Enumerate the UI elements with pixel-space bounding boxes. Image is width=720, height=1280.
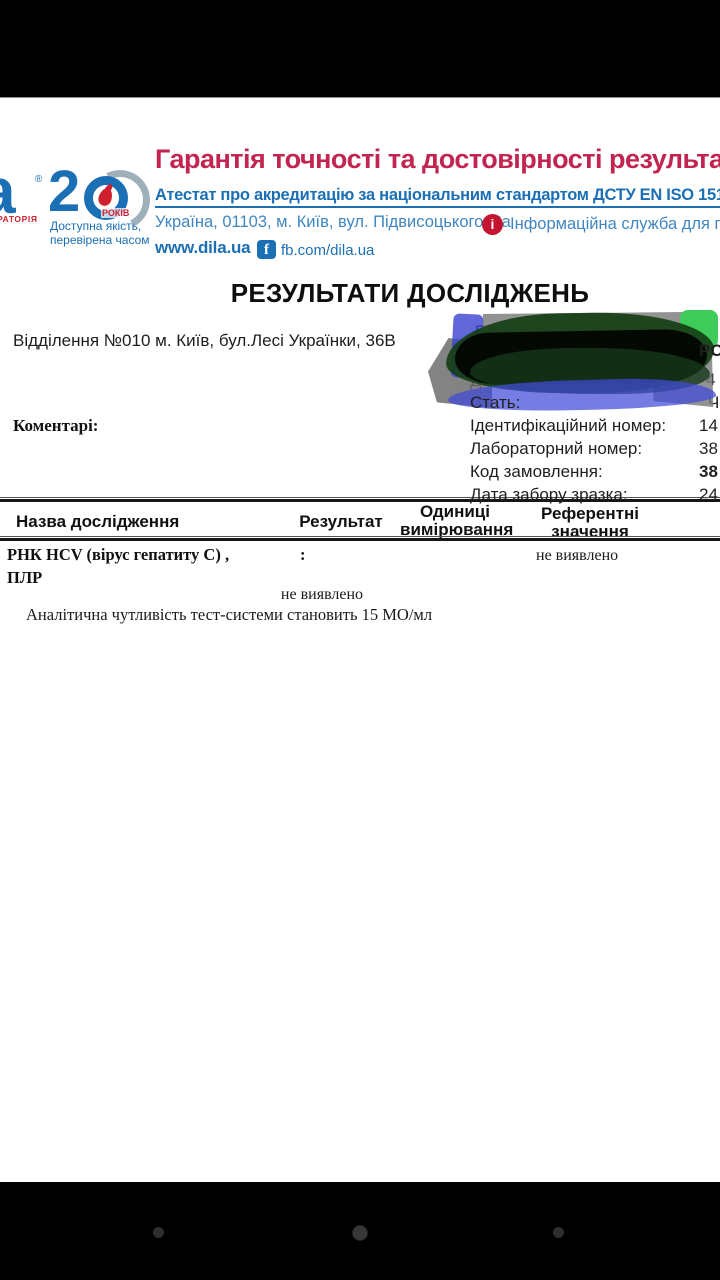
column-header-name: Назва дослідження [16,512,179,532]
patient-name-partial: PO [699,341,720,361]
accreditation-line: Атестат про акредитацію за національним … [155,186,720,205]
info-icon: і [482,214,503,235]
nav-home-dot[interactable] [352,1225,368,1241]
column-header-units: Одиниці вимірювання [400,503,510,538]
header-divider-line [155,206,720,208]
nav-recents-dot[interactable] [553,1227,564,1238]
meta-label: Код замовлення: [470,462,603,482]
status-bar [0,0,720,97]
dila-logo-subtext: РАТОРІЯ [0,214,38,224]
facebook-url: fb.com/dila.ua [281,242,374,259]
sex-label: Стать: [470,393,520,413]
anniversary-years-label: РОКІВ [101,208,130,218]
flame-icon [97,186,115,207]
info-service-line: Інформаційна служба для паціє [510,215,720,234]
header-slogan: Гарантія точності та достовірності резул… [155,144,720,175]
anniversary-20-logo: 2 [48,158,80,225]
column-header-reference: Референтні значення [534,505,646,540]
meta-value: 24 [699,485,718,505]
nav-back-dot[interactable] [153,1227,164,1238]
lab-address: Україна, 01103, м. Київ, вул. Підвисоцьк… [155,213,511,232]
report-title: РЕЗУЛЬТАТИ ДОСЛІДЖЕНЬ [100,278,720,309]
test-result: : [300,545,306,565]
test-name-line1: РНК HCV (вірус гепатиту С) , [7,545,229,565]
brand-tagline-line2: перевірена часом [50,233,150,247]
table-border-header-thin [0,536,720,537]
phone-screen: а ® РАТОРІЯ 2 РОКІВ Доступна якість, пер… [0,0,720,1280]
analytical-sensitivity-note: Аналітична чутливість тест-системи стано… [26,605,432,625]
comments-label: Коментарі: [13,416,98,436]
branch-address: Відділення №010 м. Київ, бул.Лесі Україн… [13,331,396,351]
lab-report-document: а ® РАТОРІЯ 2 РОКІВ Доступна якість, пер… [0,98,720,1182]
table-border-header [0,538,720,541]
brand-tagline-line1: Доступна якість, [50,219,141,233]
registered-trademark-icon: ® [35,174,42,185]
meta-label: Дата забору зразка: [470,485,628,505]
meta-value: 38 [699,462,718,482]
meta-value: 38 [699,439,718,459]
facebook-icon: f [257,240,276,259]
test-reference-value: не виявлено [536,547,618,565]
result-note-center: не виявлено [0,586,644,604]
meta-value: 14 [699,416,718,436]
column-header-result: Результат [296,512,386,532]
meta-label: Лабораторний номер: [470,439,642,459]
website-url: www.dila.ua [155,238,250,258]
navigation-bar [0,1182,720,1280]
test-name-line2: ПЛР [7,568,42,588]
meta-label: Ідентифікаційний номер: [470,416,666,436]
